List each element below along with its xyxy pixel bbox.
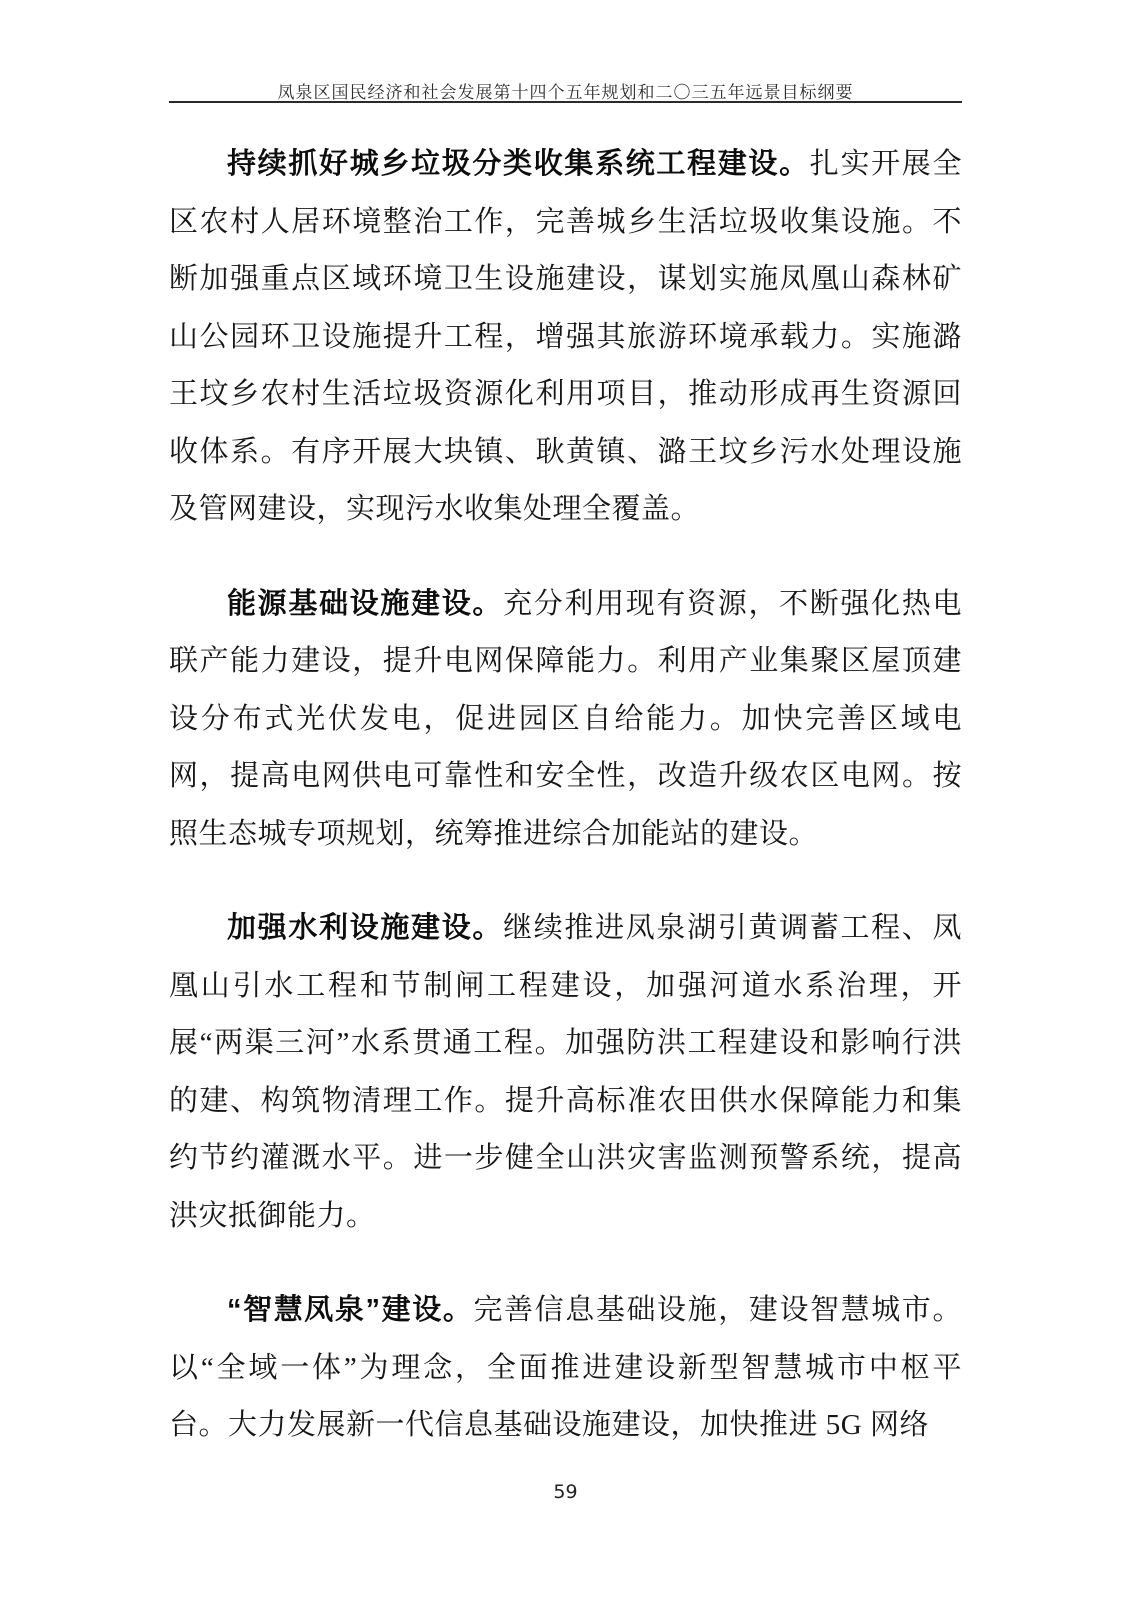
paragraph-lead: 能源基础设施建设。 [227,588,503,620]
document-page: 凤泉区国民经济和社会发展第十四个五年规划和二〇三五年远景目标纲要 持续抓好城乡垃… [0,0,1131,1600]
paragraph-water-conservancy: 加强水利设施建设。继续推进凤泉湖引黄调蓄工程、凤凰山引水工程和节制闸工程建设，加… [169,900,962,1245]
paragraph-smart-fengquan: “智慧凤泉”建设。完善信息基础设施，建设智慧城市。以“全域一体”为理念，全面推进… [169,1282,962,1455]
paragraph-lead: 加强水利设施建设。 [227,912,503,944]
header-rule [169,101,962,103]
paragraph-energy-infrastructure: 能源基础设施建设。充分利用现有资源，不断强化热电联产能力建设，提升电网保障能力。… [169,576,962,864]
paragraph-text: 扎实开展全区农村人居环境整治工作，完善城乡生活垃圾收集设施。不断加强重点区域环境… [169,148,962,525]
paragraph-lead: “智慧凤泉”建设。 [227,1294,473,1326]
paragraph-waste-collection: 持续抓好城乡垃圾分类收集系统工程建设。扎实开展全区农村人居环境整治工作，完善城乡… [169,136,962,539]
paragraph-text: 充分利用现有资源，不断强化热电联产能力建设，提升电网保障能力。利用产业集聚区屋顶… [169,588,962,850]
document-body: 持续抓好城乡垃圾分类收集系统工程建设。扎实开展全区农村人居环境整治工作，完善城乡… [169,136,962,1455]
paragraph-text: 继续推进凤泉湖引黄调蓄工程、凤凰山引水工程和节制闸工程建设，加强河道水系治理，开… [169,912,962,1232]
paragraph-lead: 持续抓好城乡垃圾分类收集系统工程建设。 [227,148,810,180]
page-number: 59 [0,1481,1131,1503]
page-header-title: 凤泉区国民经济和社会发展第十四个五年规划和二〇三五年远景目标纲要 [0,78,1131,103]
